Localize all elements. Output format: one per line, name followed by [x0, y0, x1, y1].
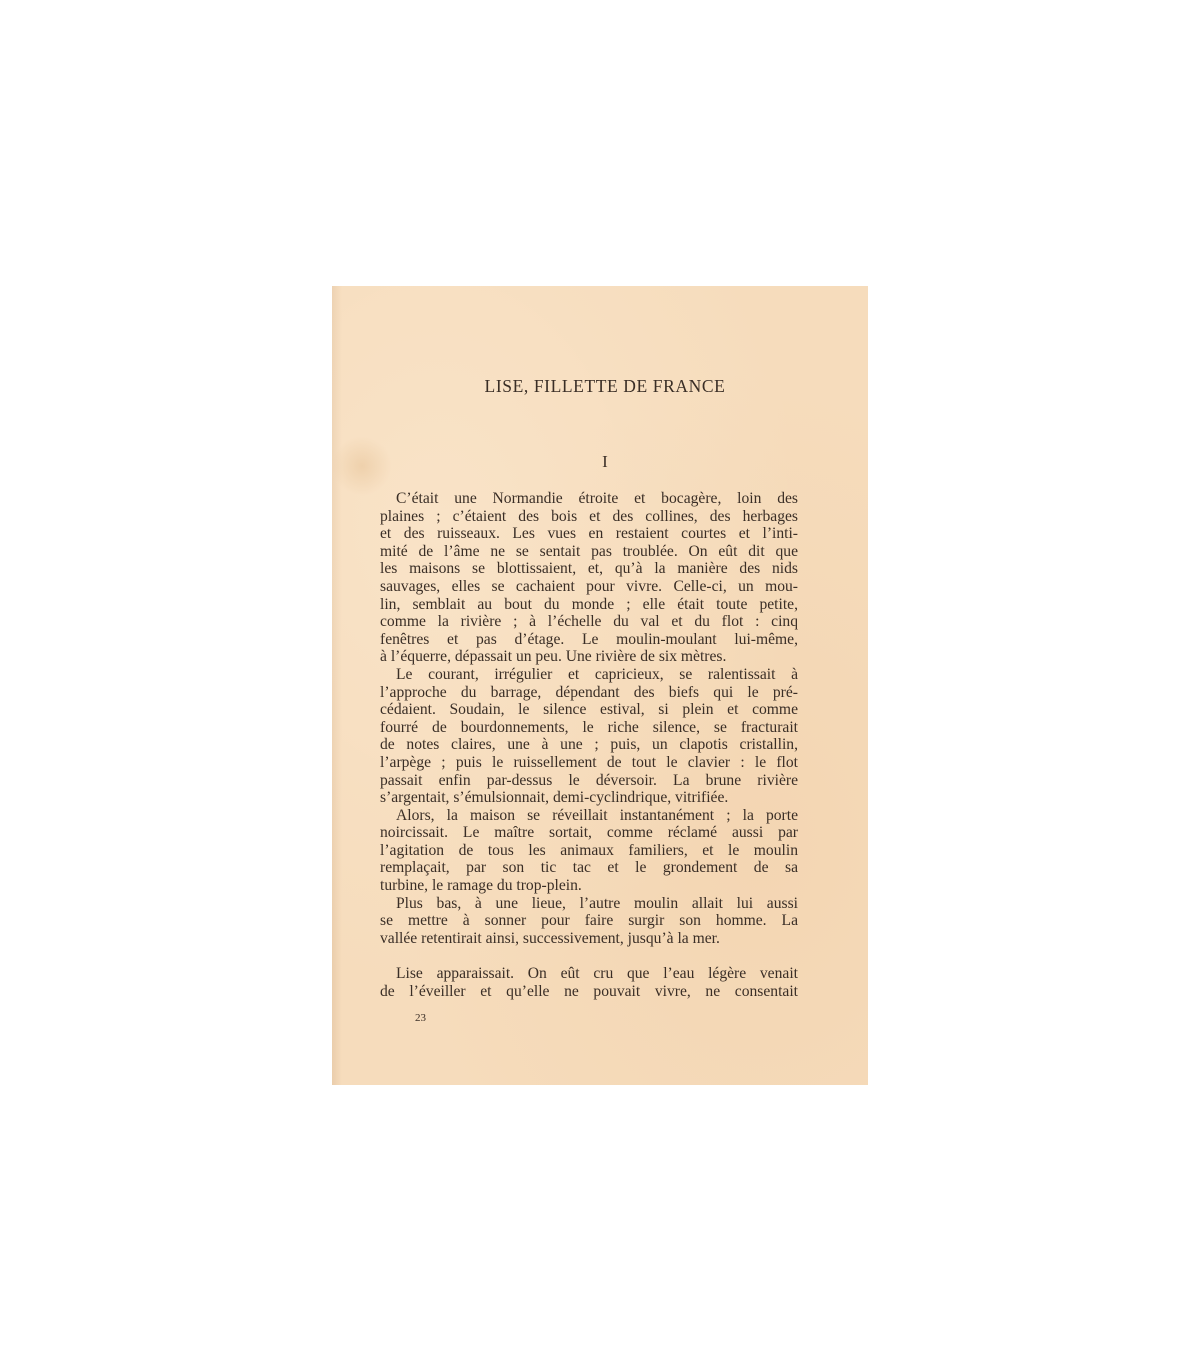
- text-line: de notes claires, une à une ; puis, un c…: [380, 736, 798, 754]
- text-line: fenêtres et pas d’étage. Le moulin-moula…: [380, 631, 798, 649]
- text-line: de l’éveiller et qu’elle ne pouvait vivr…: [380, 983, 798, 1001]
- page-title: LISE, FILLETTE DE FRANCE: [332, 376, 868, 397]
- text-line: et des ruisseaux. Les vues en restaient …: [380, 525, 798, 543]
- text-line: cédaient. Soudain, le silence estival, s…: [380, 701, 798, 719]
- text-line: se mettre à sonner pour faire surgir son…: [380, 912, 798, 930]
- paragraph-gap: [380, 947, 798, 965]
- text-line: remplaçait, par son tic tac et le gronde…: [380, 859, 798, 877]
- text-line: mité de l’âme ne se sentait pas troublée…: [380, 543, 798, 561]
- text-line: sauvages, elles se cachaient pour vivre.…: [380, 578, 798, 596]
- text-line: C’était une Normandie étroite et bocagèr…: [380, 490, 798, 508]
- text-line: passait enfin par-dessus le déversoir. L…: [380, 772, 798, 790]
- book-page: LISE, FILLETTE DE FRANCE I C’était une N…: [332, 286, 868, 1085]
- text-line: plaines ; c’étaient des bois et des coll…: [380, 508, 798, 526]
- text-line: lin, semblait au bout du monde ; elle ét…: [380, 596, 798, 614]
- page-number: 23: [415, 1012, 426, 1024]
- text-line: l’agitation de tous les animaux familier…: [380, 842, 798, 860]
- text-line: Alors, la maison se réveillait instantan…: [380, 807, 798, 825]
- text-line: à l’équerre, dépassait un peu. Une riviè…: [380, 648, 798, 666]
- text-line: Plus bas, à une lieue, l’autre moulin al…: [380, 895, 798, 913]
- text-line: l’approche du barrage, dépendant des bie…: [380, 684, 798, 702]
- text-line: noircissait. Le maître sortait, comme ré…: [380, 824, 798, 842]
- text-line: Le courant, irrégulier et capricieux, se…: [380, 666, 798, 684]
- text-line: s’argentait, s’émulsionnait, demi-cyclin…: [380, 789, 798, 807]
- chapter-number: I: [332, 452, 868, 472]
- text-line: les maisons se blottissaient, et, qu’à l…: [380, 560, 798, 578]
- text-line: comme la rivière ; à l’échelle du val et…: [380, 613, 798, 631]
- text-line: turbine, le ramage du trop-plein.: [380, 877, 798, 895]
- text-line: vallée retentirait ainsi, successivement…: [380, 930, 798, 948]
- text-line: Lise apparaissait. On eût cru que l’eau …: [380, 965, 798, 983]
- text-line: fourré de bourdonnements, le riche silen…: [380, 719, 798, 737]
- body-text: C’était une Normandie étroite et bocagèr…: [380, 490, 798, 1000]
- text-line: l’arpège ; puis le ruissellement de tout…: [380, 754, 798, 772]
